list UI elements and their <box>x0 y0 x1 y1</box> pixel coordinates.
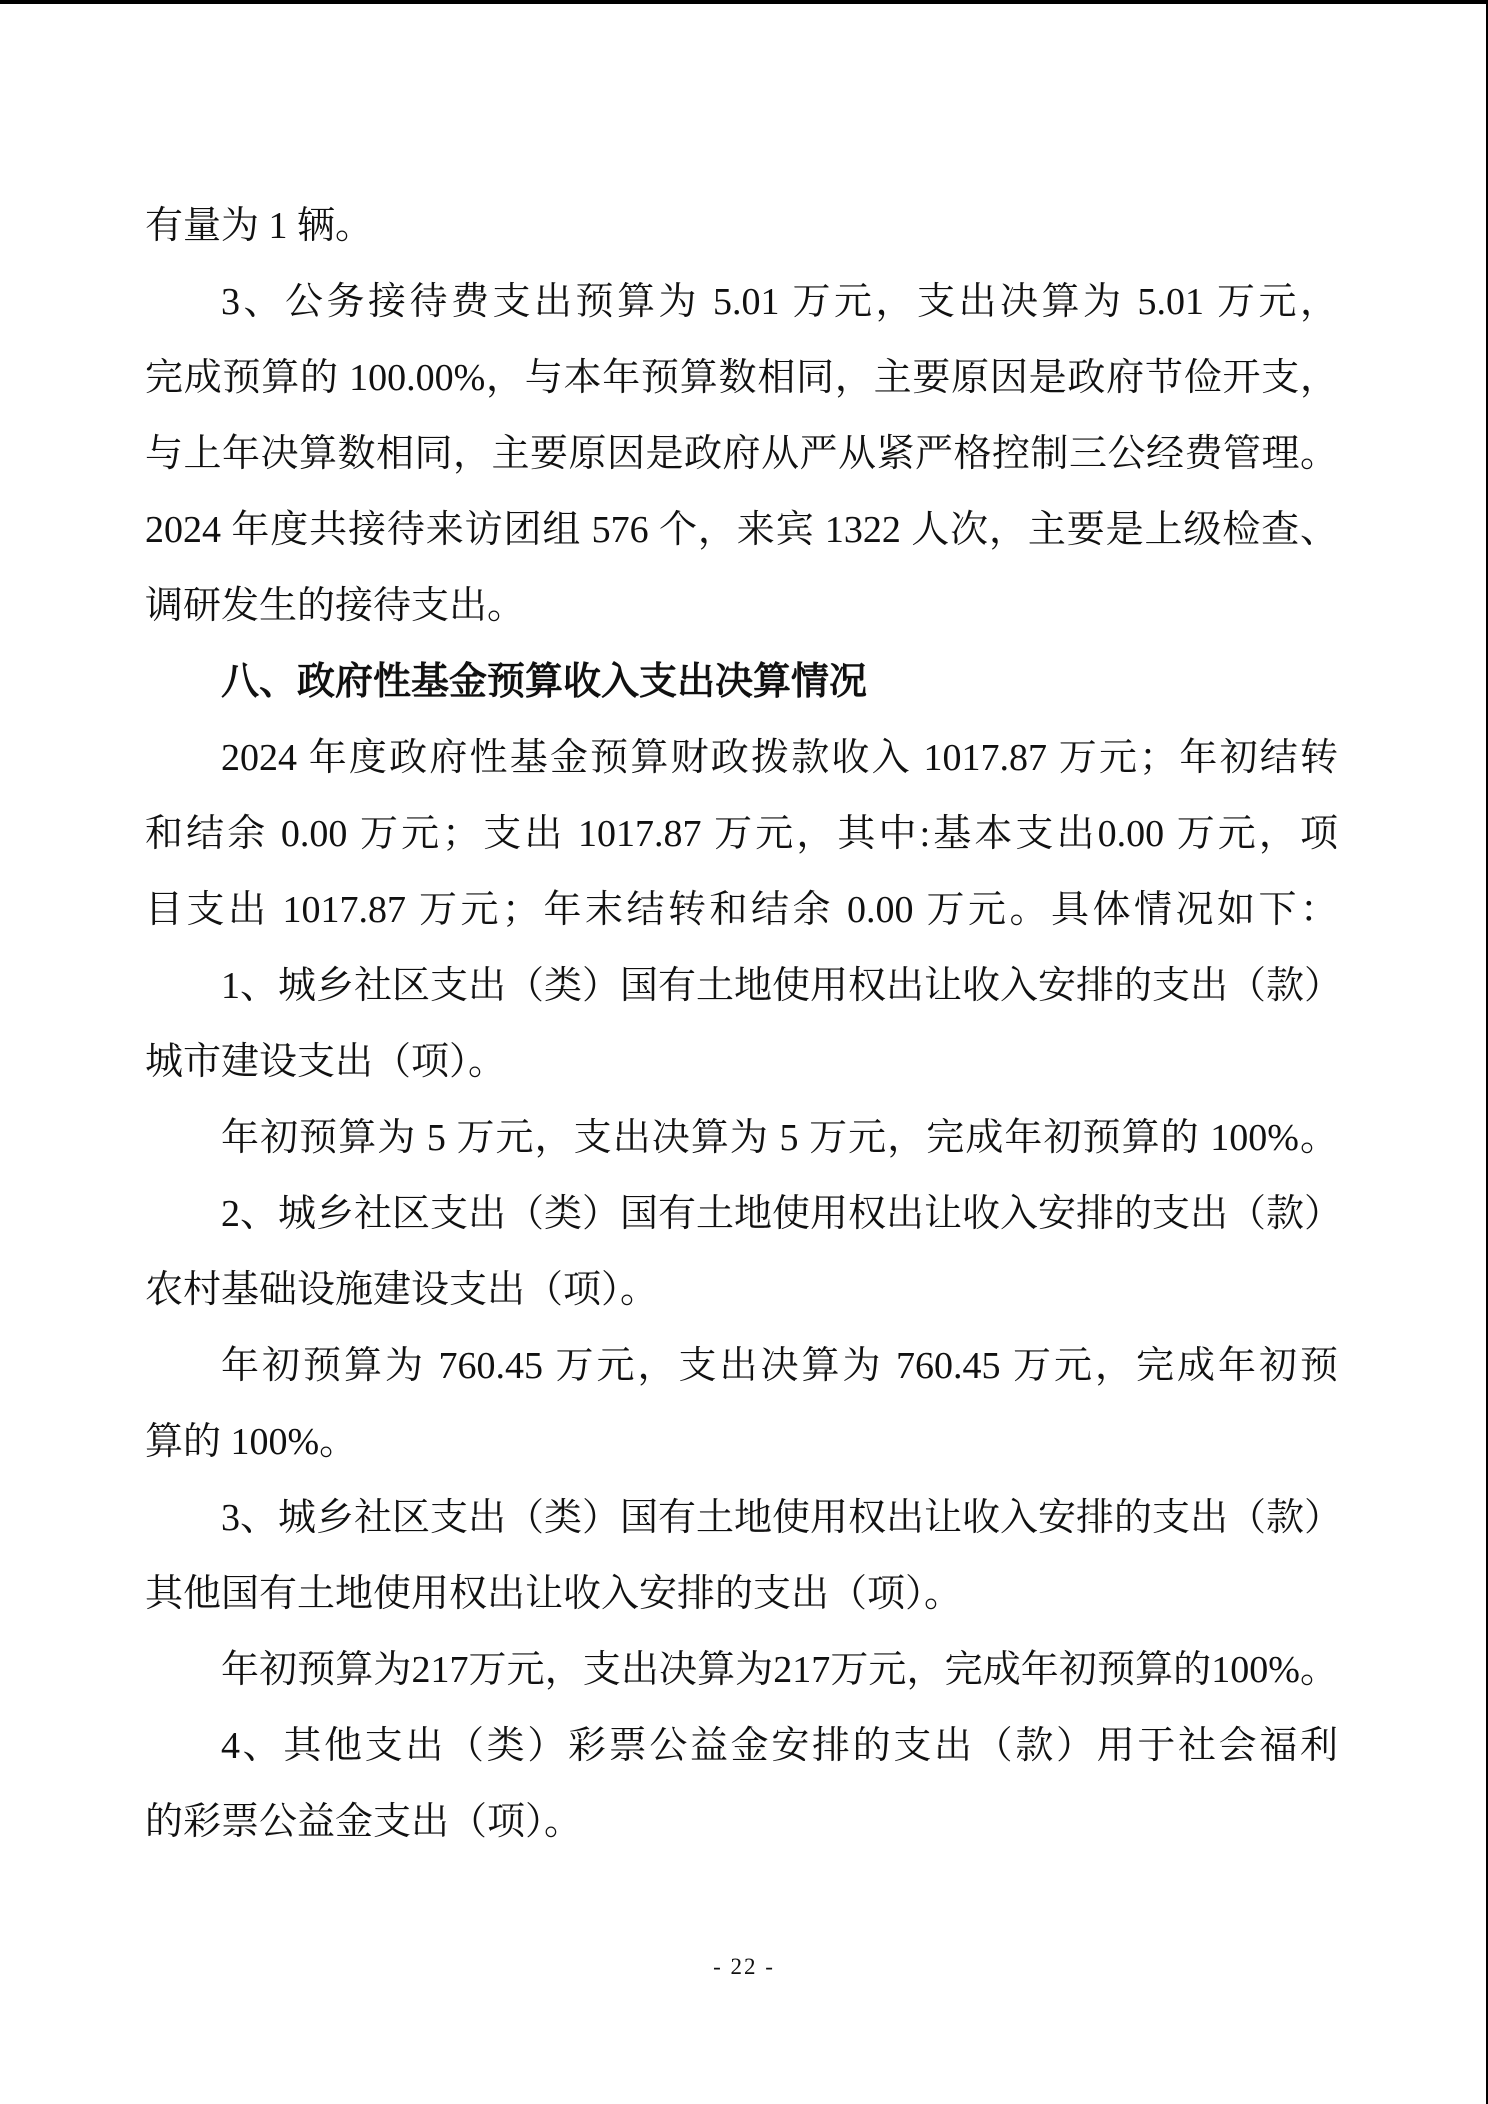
document-page: 有量为 1 辆。3、公务接待费支出预算为 5.01 万元，支出决算为 5.01 … <box>0 0 1488 2104</box>
text-line: 有量为 1 辆。 <box>145 188 1338 264</box>
page-number: - 22 - <box>713 1954 775 1979</box>
text-line: 完成预算的 100.00%，与本年预算数相同，主要原因是政府节俭开支， <box>145 340 1338 416</box>
text-line: 4、其他支出（类）彩票公益金安排的支出（款）用于社会福利 <box>145 1708 1338 1784</box>
text-line: 城市建设支出（项）。 <box>145 1024 1338 1100</box>
text-line: 3、城乡社区支出（类）国有土地使用权出让收入安排的支出（款） <box>145 1480 1338 1556</box>
text-line: 2024 年度共接待来访团组 576 个，来宾 1322 人次，主要是上级检查、 <box>145 492 1338 568</box>
document-body: 有量为 1 辆。3、公务接待费支出预算为 5.01 万元，支出决算为 5.01 … <box>145 188 1338 1860</box>
text-line: 与上年决算数相同，主要原因是政府从严从紧严格控制三公经费管理。 <box>145 416 1338 492</box>
text-line: 年初预算为217万元，支出决算为217万元，完成年初预算的100%。 <box>145 1632 1338 1708</box>
text-line: 2、城乡社区支出（类）国有土地使用权出让收入安排的支出（款） <box>145 1176 1338 1252</box>
text-line: 2024 年度政府性基金预算财政拨款收入 1017.87 万元；年初结转 <box>145 720 1338 796</box>
text-line: 其他国有土地使用权出让收入安排的支出（项）。 <box>145 1556 1338 1632</box>
text-line: 算的 100%。 <box>145 1404 1338 1480</box>
text-line: 目支出 1017.87 万元；年末结转和结余 0.00 万元。具体情况如下： <box>145 872 1338 948</box>
text-line: 年初预算为 5 万元，支出决算为 5 万元，完成年初预算的 100%。 <box>145 1100 1338 1176</box>
section-heading: 八、政府性基金预算收入支出决算情况 <box>145 644 1338 720</box>
text-line: 1、城乡社区支出（类）国有土地使用权出让收入安排的支出（款） <box>145 948 1338 1024</box>
page-top-border <box>0 0 1488 4</box>
text-line: 年初预算为 760.45 万元，支出决算为 760.45 万元，完成年初预 <box>145 1328 1338 1404</box>
text-line: 农村基础设施建设支出（项）。 <box>145 1252 1338 1328</box>
text-line: 调研发生的接待支出。 <box>145 568 1338 644</box>
text-line: 和结余 0.00 万元；支出 1017.87 万元，其中:基本支出0.00 万元… <box>145 796 1338 872</box>
page-number-footer: - 22 - <box>0 1952 1488 1982</box>
text-line: 3、公务接待费支出预算为 5.01 万元，支出决算为 5.01 万元， <box>145 264 1338 340</box>
text-line: 的彩票公益金支出（项）。 <box>145 1784 1338 1860</box>
